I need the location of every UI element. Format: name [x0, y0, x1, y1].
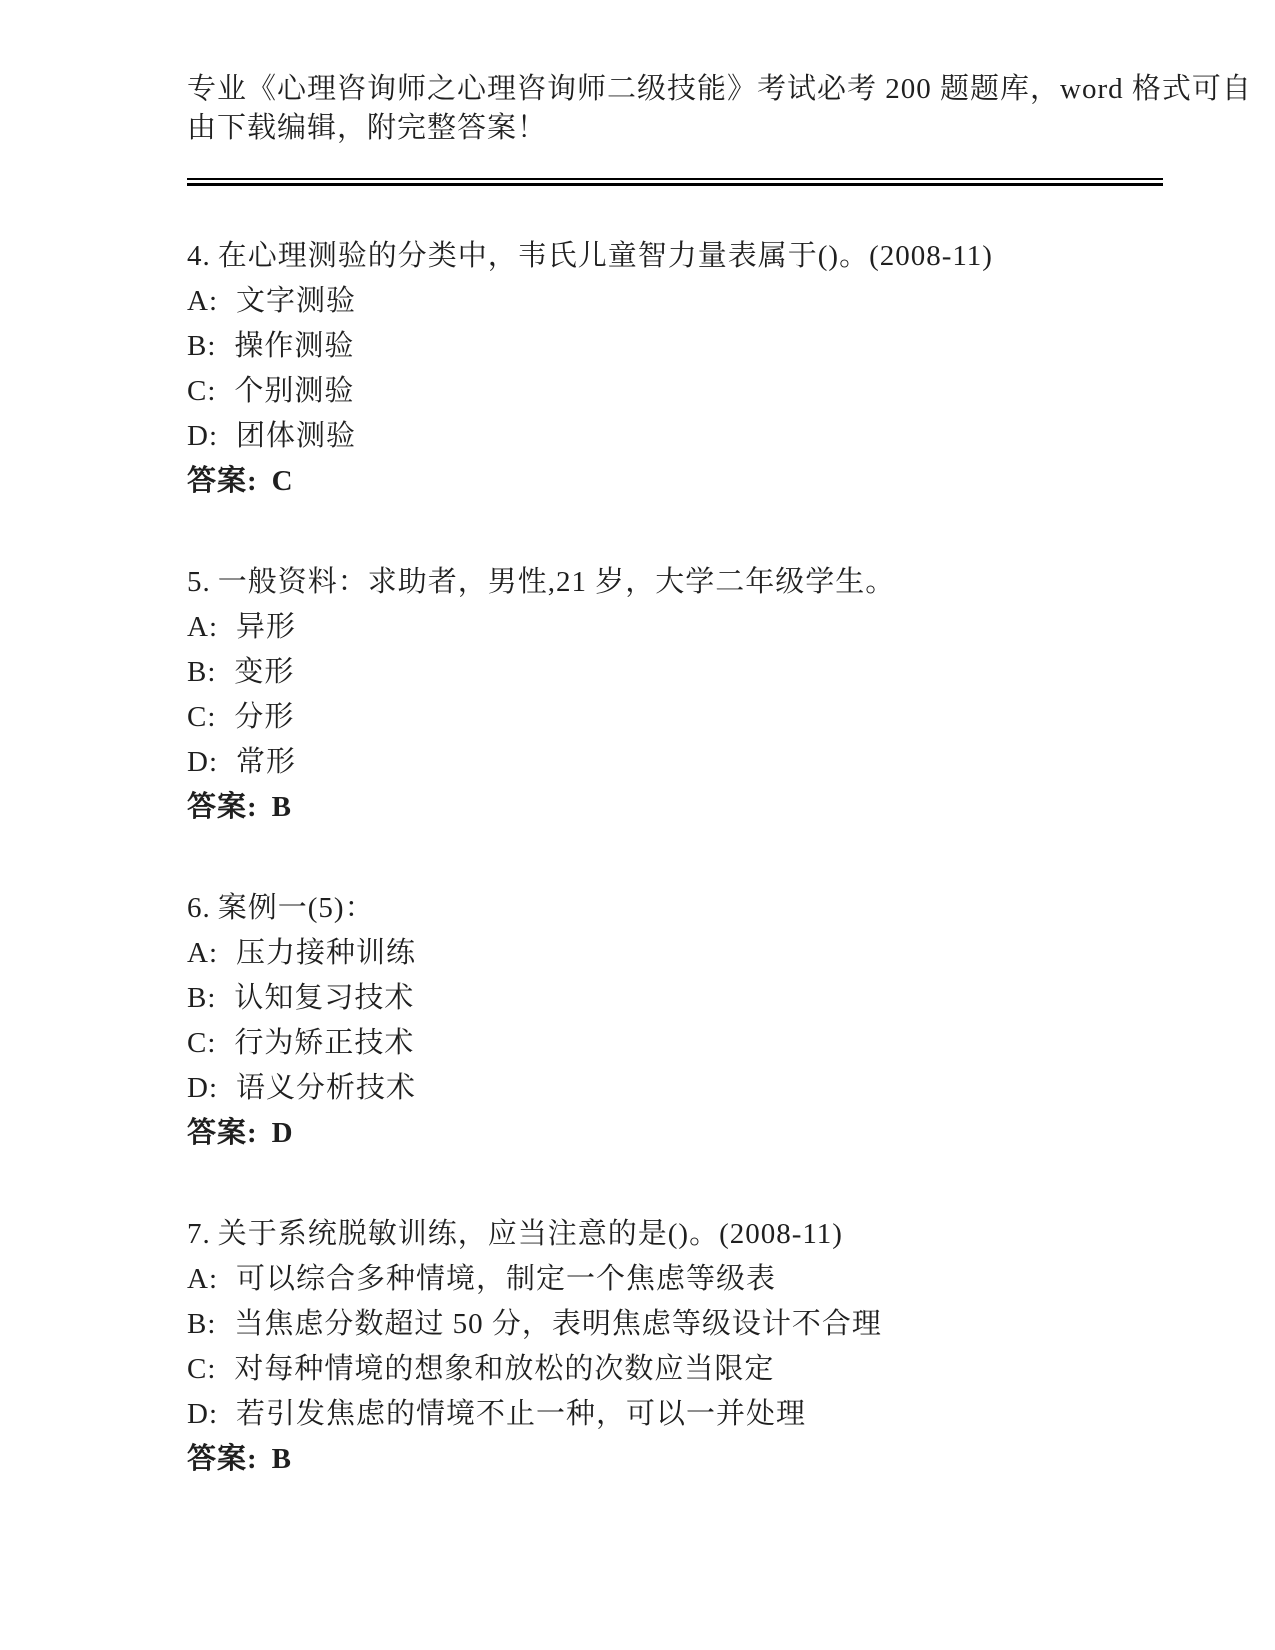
answer-line: 答案:C: [187, 459, 1175, 504]
answer-line: 答案:B: [187, 1437, 1175, 1482]
question-line: 4.在心理测验的分类中，韦氏儿童智力量表属于()。(2008-11): [187, 234, 1175, 279]
option-label: C:: [187, 1353, 216, 1385]
option-row: B:操作测验: [187, 324, 1175, 369]
option-row: A:压力接种训练: [187, 931, 1175, 976]
document-header: 专业《心理咨询师之心理咨询师二级技能》考试必考 200 题题库，word 格式可…: [187, 70, 1175, 148]
option-label: A:: [187, 1263, 218, 1295]
answer-label: 答案:: [187, 1443, 258, 1475]
option-label: D:: [187, 1072, 218, 1104]
answer-label: 答案:: [187, 465, 258, 497]
double-rule-divider: [187, 178, 1163, 186]
option-label: A:: [187, 937, 218, 969]
question-text: 一般资料：求助者，男性,21 岁，大学二年级学生。: [218, 566, 896, 598]
option-row: C:行为矫正技术: [187, 1021, 1175, 1066]
question-number: 7.: [187, 1218, 211, 1250]
question-line: 6.案例一(5)：: [187, 886, 1175, 931]
answer-value: C: [272, 465, 294, 497]
option-text: 可以综合多种情境，制定一个焦虑等级表: [236, 1263, 776, 1295]
option-label: C:: [187, 375, 216, 407]
option-label: A:: [187, 611, 218, 643]
header-line-2: 由下载编辑，附完整答案！: [187, 109, 1175, 148]
option-text: 分形: [234, 701, 294, 733]
question-line: 7.关于系统脱敏训练，应当注意的是()。(2008-11): [187, 1212, 1175, 1257]
option-row: A:可以综合多种情境，制定一个焦虑等级表: [187, 1257, 1175, 1302]
option-text: 变形: [234, 656, 294, 688]
option-label: B:: [187, 982, 216, 1014]
option-text: 压力接种训练: [236, 937, 416, 969]
option-text: 异形: [236, 611, 296, 643]
question-text: 关于系统脱敏训练，应当注意的是()。(2008-11): [218, 1218, 843, 1250]
option-row: D:语义分析技术: [187, 1066, 1175, 1111]
option-row: C:个别测验: [187, 369, 1175, 414]
question-number: 6.: [187, 892, 211, 924]
document-page: 专业《心理咨询师之心理咨询师二级技能》考试必考 200 题题库，word 格式可…: [0, 0, 1275, 1650]
question-text: 在心理测验的分类中，韦氏儿童智力量表属于()。(2008-11): [218, 240, 993, 272]
option-text: 对每种情境的想象和放松的次数应当限定: [234, 1353, 774, 1385]
option-label: A:: [187, 285, 218, 317]
option-label: D:: [187, 420, 218, 452]
answer-value: D: [272, 1117, 294, 1149]
option-row: B:当焦虑分数超过 50 分，表明焦虑等级设计不合理: [187, 1302, 1175, 1347]
question-text: 案例一(5)：: [218, 892, 375, 924]
option-label: B:: [187, 656, 216, 688]
option-label: C:: [187, 1027, 216, 1059]
option-row: B:变形: [187, 650, 1175, 695]
answer-label: 答案:: [187, 791, 258, 823]
option-text: 个别测验: [234, 375, 354, 407]
option-row: D:若引发焦虑的情境不止一种，可以一并处理: [187, 1392, 1175, 1437]
option-label: D:: [187, 746, 218, 778]
option-row: C:对每种情境的想象和放松的次数应当限定: [187, 1347, 1175, 1392]
question-number: 4.: [187, 240, 211, 272]
option-text: 若引发焦虑的情境不止一种，可以一并处理: [236, 1398, 806, 1430]
question-block-7: 7.关于系统脱敏训练，应当注意的是()。(2008-11) A:可以综合多种情境…: [187, 1212, 1175, 1482]
header-line-1: 专业《心理咨询师之心理咨询师二级技能》考试必考 200 题题库，word 格式可…: [187, 70, 1175, 109]
answer-value: B: [272, 791, 292, 823]
question-block-6: 6.案例一(5)： A:压力接种训练 B:认知复习技术 C:行为矫正技术 D:语…: [187, 886, 1175, 1156]
option-label: B:: [187, 330, 216, 362]
option-text: 当焦虑分数超过 50 分，表明焦虑等级设计不合理: [234, 1308, 882, 1340]
question-block-4: 4.在心理测验的分类中，韦氏儿童智力量表属于()。(2008-11) A:文字测…: [187, 234, 1175, 504]
option-label: C:: [187, 701, 216, 733]
option-row: A:文字测验: [187, 279, 1175, 324]
question-block-5: 5.一般资料：求助者，男性,21 岁，大学二年级学生。 A:异形 B:变形 C:…: [187, 560, 1175, 830]
option-text: 操作测验: [234, 330, 354, 362]
question-number: 5.: [187, 566, 211, 598]
answer-value: B: [272, 1443, 292, 1475]
option-text: 文字测验: [236, 285, 356, 317]
answer-line: 答案:B: [187, 785, 1175, 830]
question-line: 5.一般资料：求助者，男性,21 岁，大学二年级学生。: [187, 560, 1175, 605]
option-text: 认知复习技术: [234, 982, 414, 1014]
option-label: B:: [187, 1308, 216, 1340]
option-text: 常形: [236, 746, 296, 778]
answer-line: 答案:D: [187, 1111, 1175, 1156]
option-row: D:常形: [187, 740, 1175, 785]
option-text: 团体测验: [236, 420, 356, 452]
option-row: D:团体测验: [187, 414, 1175, 459]
option-row: A:异形: [187, 605, 1175, 650]
option-text: 行为矫正技术: [234, 1027, 414, 1059]
option-label: D:: [187, 1398, 218, 1430]
option-text: 语义分析技术: [236, 1072, 416, 1104]
option-row: C:分形: [187, 695, 1175, 740]
answer-label: 答案:: [187, 1117, 258, 1149]
option-row: B:认知复习技术: [187, 976, 1175, 1021]
